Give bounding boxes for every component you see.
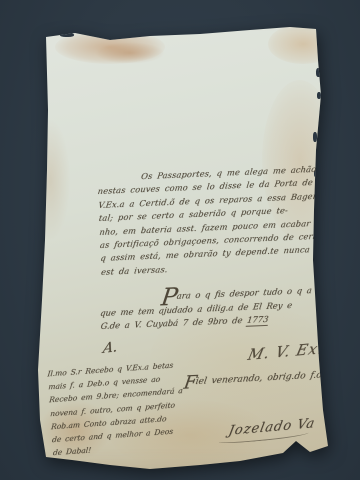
torn-edge-chip <box>317 92 321 99</box>
body-line: nho, em bateria asst. fazem pouco em aca… <box>98 216 334 239</box>
body-line: V.Ex.a a Certid.õ de q os reparos a essa… <box>97 189 333 212</box>
closing-paragraph: Para o q fis despor tudo o q a que me te… <box>99 283 335 334</box>
margin-line: novena f. outro, com q perfeito <box>50 396 201 420</box>
body-line: est da iversas. <box>100 256 336 279</box>
stain-right-edge <box>262 80 337 240</box>
stain-bottom-center <box>110 400 270 470</box>
paper-shadow-wrap: Os Passaportes, q me alega me achão nest… <box>0 0 360 480</box>
stain-left-edge <box>30 120 70 240</box>
stain-center-warm <box>150 300 330 420</box>
marginal-note: Il.mo S.r Recebo q V.Ex.a betas mais f. … <box>47 357 203 460</box>
body-line: q assim está, me obrarão ty depend.te nu… <box>100 242 336 265</box>
body-paragraph: Os Passaportes, q me alega me achão nest… <box>97 162 335 279</box>
manuscript-paper: Os Passaportes, q me alega me achão nest… <box>0 0 360 480</box>
margin-line: Rob.am Conto abraza atte.do <box>51 409 202 433</box>
dateline: G.de a V. Cuyabá 7 de 9bro de 1773 <box>100 310 336 333</box>
compliment-text: iel venerando, obrig.do f.o <box>195 370 323 387</box>
dateline-text: G.de a V. Cuyabá 7 de 9bro de <box>100 315 248 331</box>
margin-line: mais f. a Deb.o q vensse ao <box>48 370 199 394</box>
margin-line: de certo and q melhor a Deos <box>51 423 202 447</box>
torn-edge-chip <box>316 68 321 77</box>
rubric-flourish: M. V. Ex.a <box>246 338 336 364</box>
underlined-year: 1773 <box>246 314 269 327</box>
closing-line-text: ara o q fis despor tudo o q a <box>176 285 312 301</box>
closing-line: Para o q fis despor tudo o q a <box>99 283 335 306</box>
flourished-initial: P <box>160 283 179 312</box>
signature: Jozelado Va <box>226 416 316 444</box>
compliment-line: Fiel venerando, obrig.do f.o <box>183 370 322 387</box>
body-line: tal; por se certo a saberião q porque te… <box>98 202 334 225</box>
body-line: nestas couves como se lo disse le da Por… <box>97 175 333 198</box>
body-line: as fortificaçõ obrigaçoens, concorrendo … <box>99 229 335 252</box>
photo-of-manuscript: Os Passaportes, q me alega me achão nest… <box>0 0 360 480</box>
stain-top-right <box>268 24 338 64</box>
stain-top-left <box>55 30 165 64</box>
body-line: Os Passaportes, q me alega me achão <box>96 162 332 185</box>
stain-bottom-left <box>40 400 110 460</box>
torn-edge-chip <box>314 170 317 177</box>
paraph-mark: A. <box>102 339 119 357</box>
stain-top-left-inner <box>95 42 165 64</box>
flourished-initial: F <box>182 372 197 394</box>
margin-line: Recebo em 9.bre; encomendará a <box>49 383 200 407</box>
margin-line: de Dabal! <box>52 436 203 460</box>
torn-edge-chip <box>313 132 317 142</box>
closing-line: que me tem ajudado a dilig.a de El Rey e <box>99 297 335 320</box>
margin-line: Il.mo S.r Recebo q V.Ex.a betas <box>47 357 198 381</box>
torn-edge-chip <box>60 33 74 37</box>
